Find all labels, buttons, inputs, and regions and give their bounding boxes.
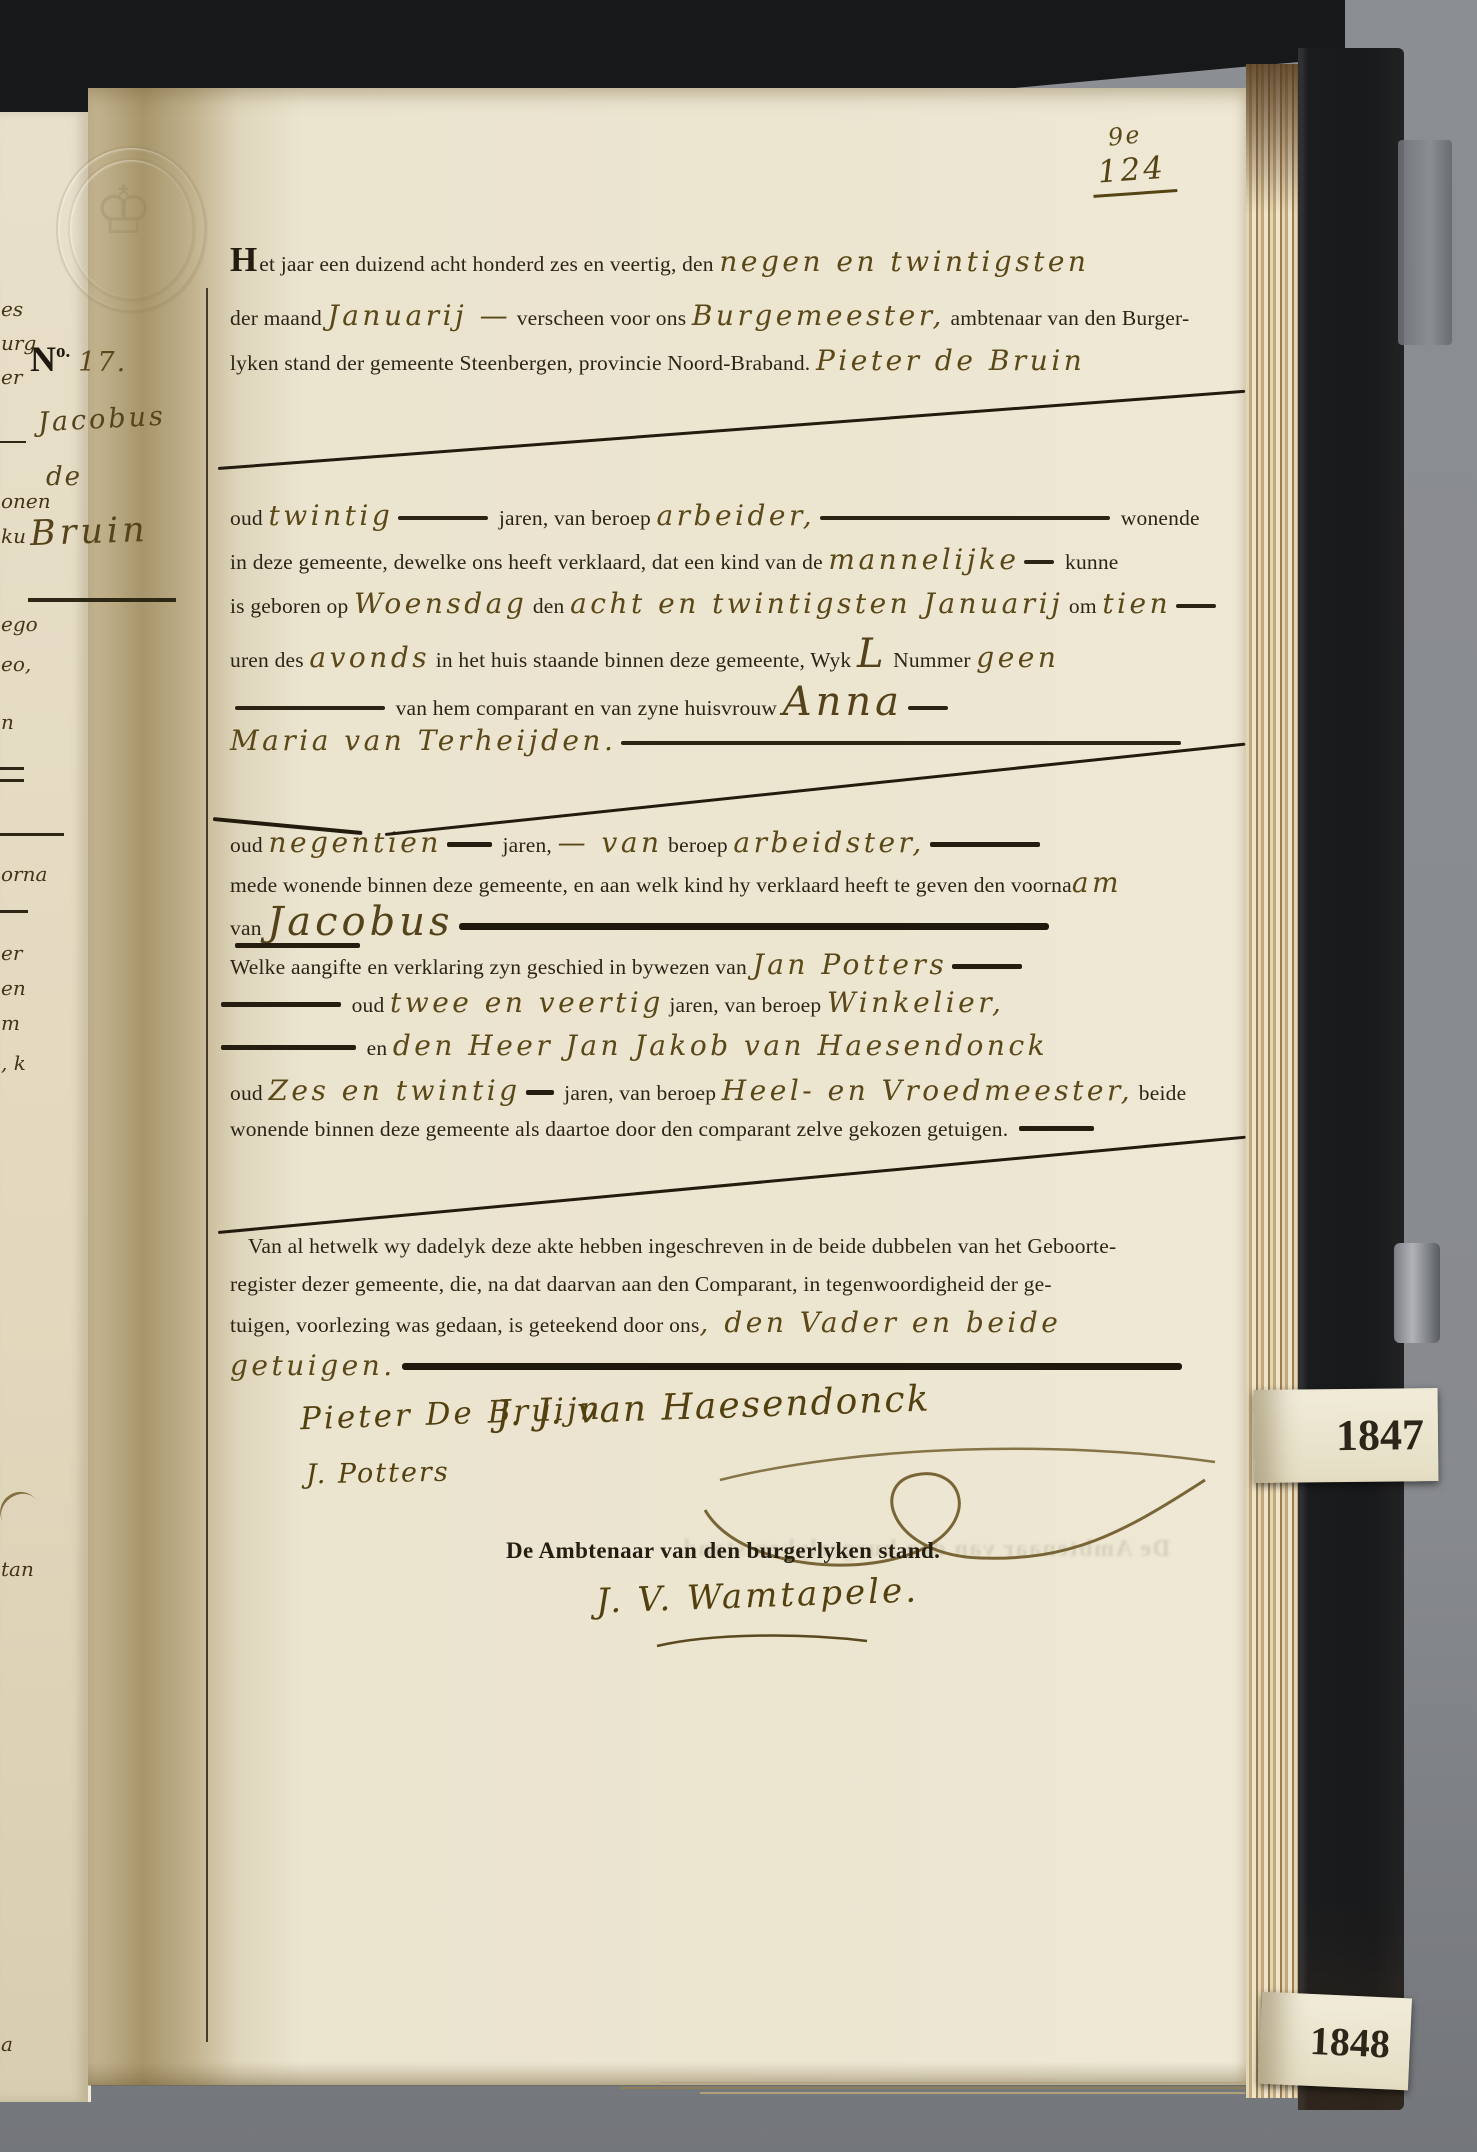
margin-child-name: Bruin [29, 510, 149, 554]
embossed-seal-icon: ♔ [56, 146, 206, 314]
year-tab-1848: 1848 [1258, 1992, 1412, 2091]
handwritten-text: Jan Potters [752, 948, 947, 981]
printed-text: wonende [1115, 506, 1200, 530]
form-border-line [206, 288, 208, 2042]
handwritten-text: Woensdag [354, 587, 527, 620]
signature-underline [652, 1630, 872, 1652]
printed-text: verscheen voor ons [511, 306, 692, 330]
page-stack-fore-edge [1246, 64, 1300, 2098]
act-line: oud twintig jaren, van beroep arbeider, … [230, 502, 1248, 531]
act-line: Welke aangifte en verklaring zyn geschie… [230, 951, 1248, 980]
handwritten-text: Januarij — [328, 299, 512, 332]
act-line: Het jaar een duizend acht honderd zes en… [230, 246, 1248, 277]
fill-rule-line [402, 1363, 1182, 1370]
handwritten-text: negen en twintigsten [719, 245, 1089, 278]
page-stack-line [700, 2092, 1245, 2094]
printed-text: uren des [230, 648, 309, 672]
printed-text: oud [230, 506, 268, 530]
handwritten-text: Anna [783, 679, 903, 725]
edge-rule [0, 833, 64, 836]
handwritten-text: Zes en twintig [268, 1074, 520, 1107]
officer-title: De Ambtenaar van den burgerlyken stand. [506, 1538, 940, 1564]
fill-rule-line [235, 706, 385, 710]
signature-flourish [700, 1440, 1220, 1590]
printed-text: oud [230, 1081, 268, 1105]
signature-witness1: J. Potters [306, 1457, 450, 1491]
printed-text: den [527, 594, 570, 618]
cover-clasp [1394, 1243, 1440, 1343]
handwritten-text: Heel- en Vroedmeester, [722, 1074, 1133, 1107]
act-line: lyken stand der gemeente Steenbergen, pr… [230, 347, 1248, 376]
edge-fragment: ku [1, 524, 26, 548]
printed-text: register dezer gemeente, die, na dat daa… [230, 1272, 1052, 1296]
edge-rule [0, 767, 24, 770]
act-line: van hem comparant en van zyne huisvrouw … [230, 682, 1248, 722]
edge-rule [28, 598, 176, 602]
edge-rule [0, 779, 24, 782]
edge-fragment: onen [1, 489, 51, 513]
handwritten-text: am [1072, 866, 1122, 899]
act-line: oud Zes en twintig jaren, van beroep Hee… [230, 1077, 1248, 1106]
year-tab-label: 1847 [1336, 1409, 1425, 1461]
edge-fragment: a [1, 2032, 13, 2056]
handwritten-text: twintig [268, 499, 393, 532]
edge-rule [0, 441, 26, 443]
handwritten-text: Winkelier, [827, 986, 1005, 1019]
printed-text: Welke aangifte en verklaring zyn geschie… [230, 955, 752, 979]
act-line: oud twee en veertig jaren, van beroep Wi… [216, 989, 1234, 1018]
act-line: der maand Januarij — verscheen voor ons … [230, 302, 1248, 331]
printed-text: mede wonende binnen deze gemeente, en aa… [230, 873, 1072, 897]
act-number-value: 17. [78, 347, 127, 378]
edge-fragment: en [1, 976, 26, 1000]
act-line: in deze gemeente, dewelke ons heeft verk… [230, 546, 1248, 575]
fill-rule-line [1176, 604, 1216, 608]
handwritten-text: — van [558, 826, 663, 859]
folio-superscript: 9e [1107, 120, 1143, 151]
crown-icon: ♔ [94, 172, 153, 249]
handwritten-text: L [857, 631, 888, 677]
printed-text: et jaar een duizend acht honderd zes en … [259, 252, 719, 276]
handwritten-text: getuigen. [230, 1349, 396, 1382]
printed-text: jaren, van beroep [493, 506, 656, 530]
printed-text: jaren, van beroep [664, 993, 827, 1017]
edge-fragment: m [1, 1011, 20, 1035]
act-line: register dezer gemeente, die, na dat daa… [230, 1272, 1248, 1297]
printed-text: om [1063, 594, 1102, 618]
folio-number: 124 [1091, 149, 1178, 198]
fill-rule-line [820, 516, 1110, 520]
handwritten-text: arbeidster, [733, 826, 924, 859]
printed-text: Van al hetwelk wy dadelyk deze akte hebb… [248, 1234, 1116, 1258]
act-number-sup: o. [56, 341, 70, 362]
fill-rule-line [526, 1090, 554, 1095]
edge-fragment: es [1, 297, 23, 321]
act-line: van Jacobus [230, 902, 1248, 942]
handwritten-text: acht en twintigsten Januarij [570, 587, 1063, 620]
fill-rule-line [398, 516, 488, 520]
printed-text: van [230, 916, 267, 940]
page-stack-top-shadow [1246, 64, 1300, 214]
printed-text: in deze gemeente, dewelke ons heeft verk… [230, 550, 828, 574]
act-line: getuigen. [230, 1352, 1248, 1380]
fill-rule-line [621, 741, 1181, 745]
edge-rule [0, 910, 28, 913]
edge-fragment: er [1, 365, 22, 389]
act-line: wonende binnen deze gemeente als daartoe… [230, 1117, 1248, 1142]
edge-fragment: n [1, 710, 14, 734]
printed-text: jaren, [497, 833, 558, 857]
edge-fragment: tan [1, 1557, 34, 1581]
fill-rule-line [908, 706, 948, 710]
year-tab-label: 1848 [1309, 2016, 1391, 2067]
act-line: oud negentien jaren, — van beroep arbeid… [230, 829, 1248, 858]
printed-text: jaren, van beroep [559, 1081, 722, 1105]
printed-text: van hem comparant en van zyne huisvrouw [390, 696, 783, 720]
act-line: Van al hetwelk wy dadelyk deze akte hebb… [248, 1234, 1266, 1259]
printed-text: is geboren op [230, 594, 354, 618]
printed-text: ambtenaar van den Burger- [945, 306, 1189, 330]
handwritten-text: Maria van Terheijden. [230, 724, 616, 757]
act-line: is geboren op Woensdag den acht en twint… [230, 590, 1248, 619]
fill-rule-line [1019, 1126, 1094, 1131]
page-stack-line [620, 2087, 1245, 2089]
fill-rule-line [235, 943, 360, 948]
handwritten-text: avonds [309, 641, 430, 674]
cover-edge-highlight [1398, 140, 1452, 345]
act-line: en den Heer Jan Jakob van Haesendonck [216, 1032, 1234, 1061]
act-line: mede wonende binnen deze gemeente, en aa… [230, 869, 1248, 898]
fill-rule-line [459, 923, 1049, 930]
handwritten-text: twee en veertig [390, 986, 664, 1019]
fill-rule-line [221, 1002, 341, 1007]
edge-fragment: er [1, 941, 22, 965]
act-line: Maria van Terheijden. [230, 727, 1248, 755]
handwritten-text: Burgemeester, [692, 299, 945, 332]
printed-text: lyken stand der gemeente Steenbergen, pr… [230, 351, 816, 375]
fill-rule-line [1024, 560, 1054, 564]
handwritten-text: mannelijke [828, 543, 1019, 576]
edge-fragment: ego [1, 612, 38, 636]
handwritten-text: tien [1102, 587, 1171, 620]
printed-text: wonende binnen deze gemeente als daartoe… [230, 1117, 1014, 1141]
printed-text: tuigen, voorlezing was gedaan, is geteek… [230, 1313, 700, 1337]
handwritten-text: den Heer Jan Jakob van Haesendonck [393, 1029, 1048, 1062]
printed-text: beide [1133, 1081, 1186, 1105]
printed-text: oud [230, 833, 268, 857]
fill-rule-line [447, 842, 492, 847]
printed-text: der maand [230, 306, 328, 330]
printed-text: in het huis staande binnen deze gemeente… [430, 648, 857, 672]
page-stack-line [660, 2082, 1250, 2083]
archival-photo-scene: 1847 1848 ♔ 9e 124 No.17. Jacobus de Bru… [0, 0, 1477, 2152]
act-number: No.17. [30, 338, 127, 380]
year-tab-1847: 1847 [1254, 1388, 1439, 1483]
act-line: tuigen, voorlezing was gedaan, is geteek… [230, 1309, 1248, 1338]
act-line: uren des avonds in het huis staande binn… [230, 634, 1248, 674]
printed-text: oud [346, 993, 390, 1017]
fill-rule-line [930, 842, 1040, 847]
fill-rule-line [952, 964, 1022, 969]
handwritten-text: Jacobus [267, 899, 453, 945]
book-cover [1298, 48, 1404, 2110]
edge-fragment: orna [1, 862, 47, 886]
printed-text: Nummer [888, 648, 977, 672]
edge-fragment: urg [1, 331, 36, 355]
handwritten-text: arbeider, [656, 499, 815, 532]
handwritten-text: geen [976, 641, 1059, 674]
fill-rule-line [221, 1045, 356, 1050]
edge-fragment: eo, [1, 652, 31, 676]
margin-child-name: de [46, 462, 82, 492]
drop-cap: H [230, 240, 257, 279]
handwritten-text: , den Vader en beide [700, 1306, 1062, 1339]
printed-text: beroep [663, 833, 734, 857]
printed-text: kunne [1059, 550, 1118, 574]
handwritten-text: Pieter de Bruin [816, 344, 1085, 377]
printed-text: en [361, 1036, 393, 1060]
edge-fragment: , k [1, 1051, 26, 1075]
